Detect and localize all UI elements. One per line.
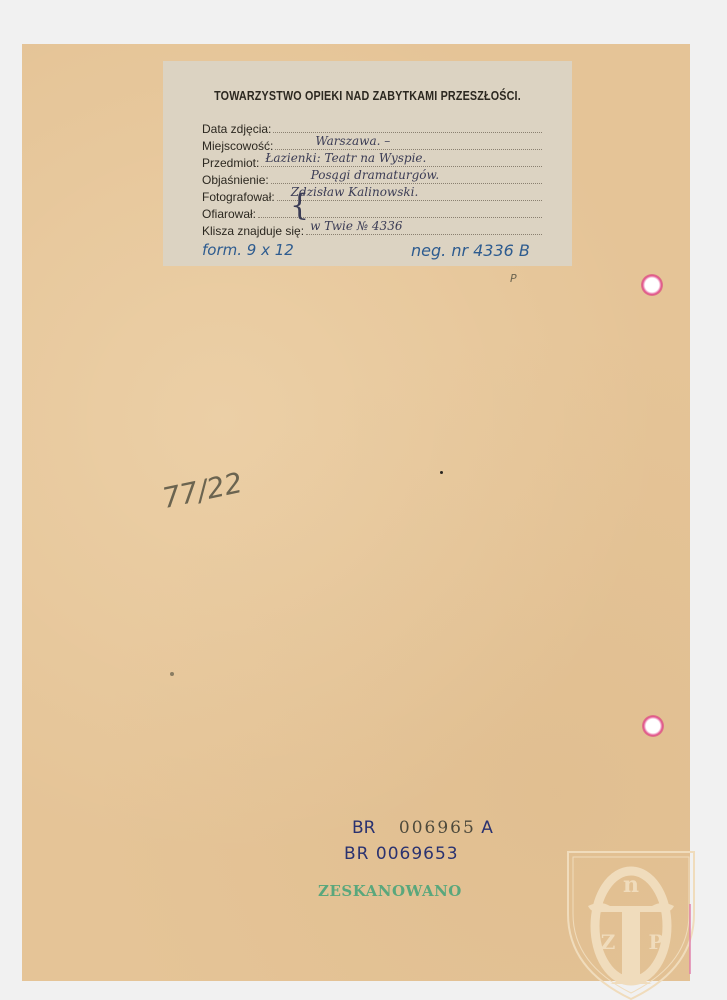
field-klisza: Klisza znajduje się: w Twie № 4336 — [202, 223, 542, 240]
inventory-line-2: BR 0069653 — [344, 844, 459, 864]
field-fotografowal: Fotografował: Zdzisław Kalinowski. — [202, 189, 542, 206]
pencil-number: 77/22 — [159, 466, 245, 515]
smudge — [170, 672, 174, 676]
brace-mark: { — [290, 191, 309, 221]
pencil-mark-p: P — [510, 272, 517, 285]
field-label: Klisza znajduje się: — [202, 224, 304, 238]
scanned-stamp: ZESKANOWANO — [318, 882, 462, 900]
field-value: Posągi dramaturgów. — [311, 168, 439, 182]
svg-text:n: n — [623, 872, 639, 898]
field-label: Fotografował: — [202, 190, 275, 204]
field-value: Warszawa. – — [315, 134, 390, 148]
field-label: Data zdjęcia: — [202, 122, 271, 136]
svg-text:Z: Z — [601, 930, 616, 954]
card-title: TOWARZYSTWO OPIEKI NAD ZABYTKAMI PRZESZŁ… — [192, 89, 544, 103]
field-value: Łazienki: Teatr na Wyspie. — [265, 151, 426, 165]
field-label: Ofiarował: — [202, 207, 256, 221]
pink-edge-mark — [689, 904, 691, 974]
negative-note: neg. nr 4336 B — [411, 241, 530, 260]
svg-text:P: P — [648, 930, 663, 954]
field-label: Objaśnienie: — [202, 173, 269, 187]
field-value: w Twie № 4336 — [310, 219, 402, 233]
document-paper: TOWARZYSTWO OPIEKI NAD ZABYTKAMI PRZESZŁ… — [22, 44, 690, 981]
ink-dot — [440, 471, 443, 474]
format-note: form. 9 x 12 — [202, 241, 294, 259]
field-label: Przedmiot: — [202, 156, 259, 170]
inventory-line-1: BR 006965 A — [352, 818, 493, 838]
punch-hole-bottom — [642, 715, 664, 737]
punch-hole-top — [641, 274, 663, 296]
field-value: Zdzisław Kalinowski. — [291, 185, 419, 199]
field-label: Miejscowość: — [202, 139, 273, 153]
shield-emblem-icon: n Z P — [560, 844, 702, 1000]
label-card: TOWARZYSTWO OPIEKI NAD ZABYTKAMI PRZESZŁ… — [163, 61, 572, 266]
